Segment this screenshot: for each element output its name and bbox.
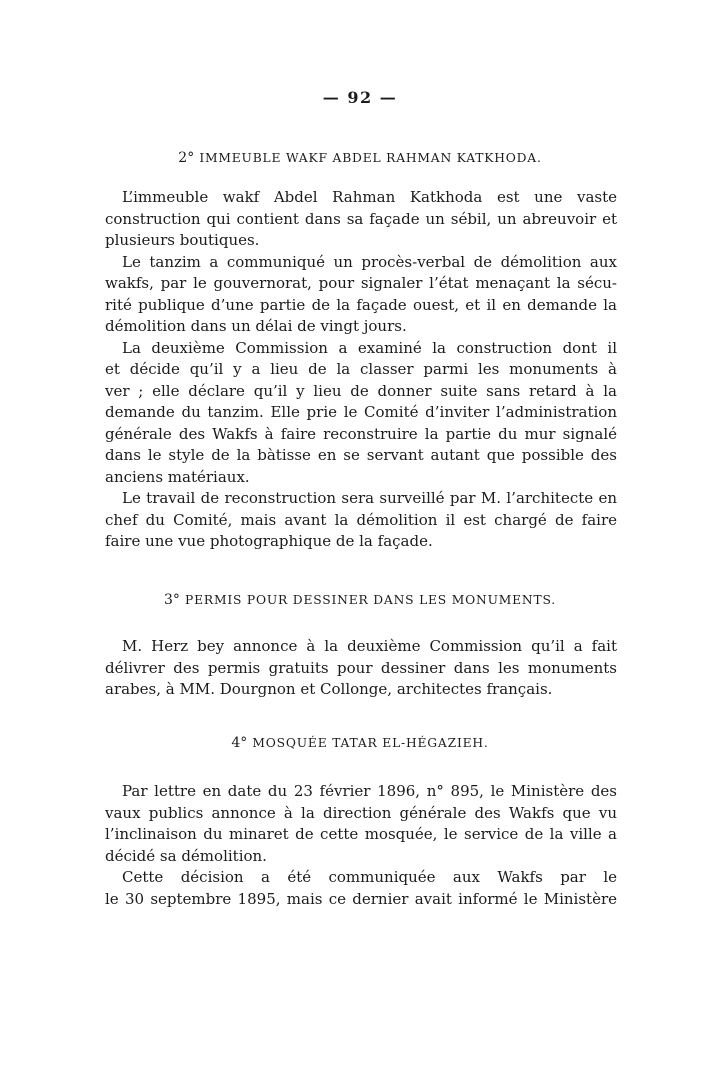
text-line: La deuxième Commission a examiné la cons… [105, 338, 617, 360]
paragraph: M. Herz bey annonce à la deuxième Commis… [105, 636, 617, 701]
section-heading-mosquee-tatar: 4° MOSQUÉE TATAR EL-HÉGAZIEH. [0, 732, 720, 751]
paragraph: Par lettre en date du 23 février 1896, n… [105, 781, 617, 867]
text-line: ver ; elle déclare qu’il y lieu de donne… [105, 381, 617, 403]
text-line: M. Herz bey annonce à la deuxième Commis… [105, 636, 617, 658]
paragraph: Le travail de reconstruction sera survei… [105, 488, 617, 553]
text-line: demande du tanzim. Elle prie le Comité d… [105, 402, 617, 424]
paragraph: La deuxième Commission a examiné la cons… [105, 338, 617, 489]
section-body-mosquee-tatar: Par lettre en date du 23 février 1896, n… [105, 781, 617, 910]
text-line: Le travail de reconstruction sera survei… [105, 488, 617, 510]
section-number: 2° [178, 150, 194, 166]
section-title: MOSQUÉE TATAR EL-HÉGAZIEH. [252, 736, 488, 750]
text-line: arabes, à MM. Dourgnon et Collonge, arch… [105, 679, 617, 701]
text-line: Le tanzim a communiqué un procès-verbal … [105, 252, 617, 274]
text-line: Cette décision a été communiquée aux Wak… [105, 867, 617, 889]
section-heading-immeuble-wakf: 2° IMMEUBLE WAKF ABDEL RAHMAN KATKHODA. [0, 147, 720, 166]
text-line: chef du Comité, mais avant la démolition… [105, 510, 617, 532]
text-line: l’inclinaison du minaret de cette mosqué… [105, 824, 617, 846]
text-line: plusieurs boutiques. [105, 230, 617, 252]
section-heading-permis-dessiner: 3° PERMIS POUR DESSINER DANS LES MONUMEN… [0, 589, 720, 608]
paragraph: L’immeuble wakf Abdel Rahman Katkhoda es… [105, 187, 617, 252]
text-line: construction qui contient dans sa façade… [105, 209, 617, 231]
section-body-permis-dessiner: M. Herz bey annonce à la deuxième Commis… [105, 636, 617, 701]
text-line: anciens matériaux. [105, 467, 617, 489]
page-number: — 92 — [0, 88, 720, 107]
document-page: — 92 — 2° IMMEUBLE WAKF ABDEL RAHMAN KAT… [0, 0, 720, 1082]
text-line: générale des Wakfs à faire reconstruire … [105, 424, 617, 446]
text-line: décidé sa démolition. [105, 846, 617, 868]
section-title: IMMEUBLE WAKF ABDEL RAHMAN KATKHODA. [199, 151, 541, 165]
section-title: PERMIS POUR DESSINER DANS LES MONUMENTS. [185, 593, 556, 607]
text-line: démolition dans un délai de vingt jours. [105, 316, 617, 338]
text-line: vaux publics annonce à la direction géné… [105, 803, 617, 825]
text-line: L’immeuble wakf Abdel Rahman Katkhoda es… [105, 187, 617, 209]
text-line: rité publique d’une partie de la façade … [105, 295, 617, 317]
section-number: 3° [164, 592, 180, 608]
text-line: le 30 septembre 1895, mais ce dernier av… [105, 889, 617, 911]
section-body-immeuble-wakf: L’immeuble wakf Abdel Rahman Katkhoda es… [105, 187, 617, 553]
text-line: faire une vue photographique de la façad… [105, 531, 617, 553]
text-line: dans le style de la bàtisse en se servan… [105, 445, 617, 467]
paragraph: Le tanzim a communiqué un procès-verbal … [105, 252, 617, 338]
text-line: wakfs, par le gouvernorat, pour signaler… [105, 273, 617, 295]
text-line: et décide qu’il y a lieu de la classer p… [105, 359, 617, 381]
section-number: 4° [231, 735, 247, 751]
text-line: Par lettre en date du 23 février 1896, n… [105, 781, 617, 803]
paragraph: Cette décision a été communiquée aux Wak… [105, 867, 617, 910]
text-line: délivrer des permis gratuits pour dessin… [105, 658, 617, 680]
